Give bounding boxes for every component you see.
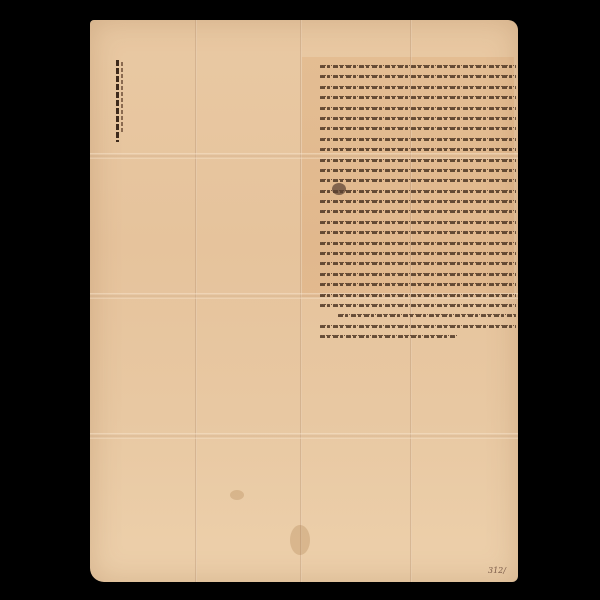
- text-line: [320, 304, 516, 311]
- text-line: [320, 242, 516, 249]
- text-line: [320, 159, 516, 166]
- text-line: [320, 273, 516, 280]
- catalog-number: 312/: [488, 566, 506, 575]
- text-line: [320, 75, 516, 82]
- text-line: [320, 190, 516, 197]
- text-line: [320, 107, 516, 114]
- vertical-fold: [195, 20, 197, 582]
- text-line: [320, 117, 516, 124]
- text-line: [320, 294, 516, 301]
- stain: [290, 525, 310, 555]
- text-line: [320, 262, 516, 269]
- horizontal-fold: [90, 433, 518, 439]
- text-line: [320, 169, 516, 176]
- seal-mark: [332, 183, 346, 195]
- text-line: [320, 252, 516, 259]
- manuscript-paper: 312/: [90, 20, 518, 582]
- text-line: [320, 138, 516, 145]
- text-line: [320, 65, 516, 72]
- printed-stamp: [116, 60, 126, 142]
- text-line: [320, 314, 516, 321]
- text-line: [320, 335, 516, 342]
- text-line: [320, 148, 516, 155]
- vertical-fold: [300, 20, 302, 582]
- text-line: [320, 325, 516, 332]
- text-line: [320, 231, 516, 238]
- text-line: [320, 96, 516, 103]
- text-line: [320, 127, 516, 134]
- text-line: [320, 179, 516, 186]
- text-line: [320, 200, 516, 207]
- text-line: [320, 210, 516, 217]
- handwritten-text-block: [320, 62, 516, 262]
- text-line: [320, 283, 516, 290]
- text-line: [320, 221, 516, 228]
- text-line: [320, 86, 516, 93]
- stain: [230, 490, 244, 500]
